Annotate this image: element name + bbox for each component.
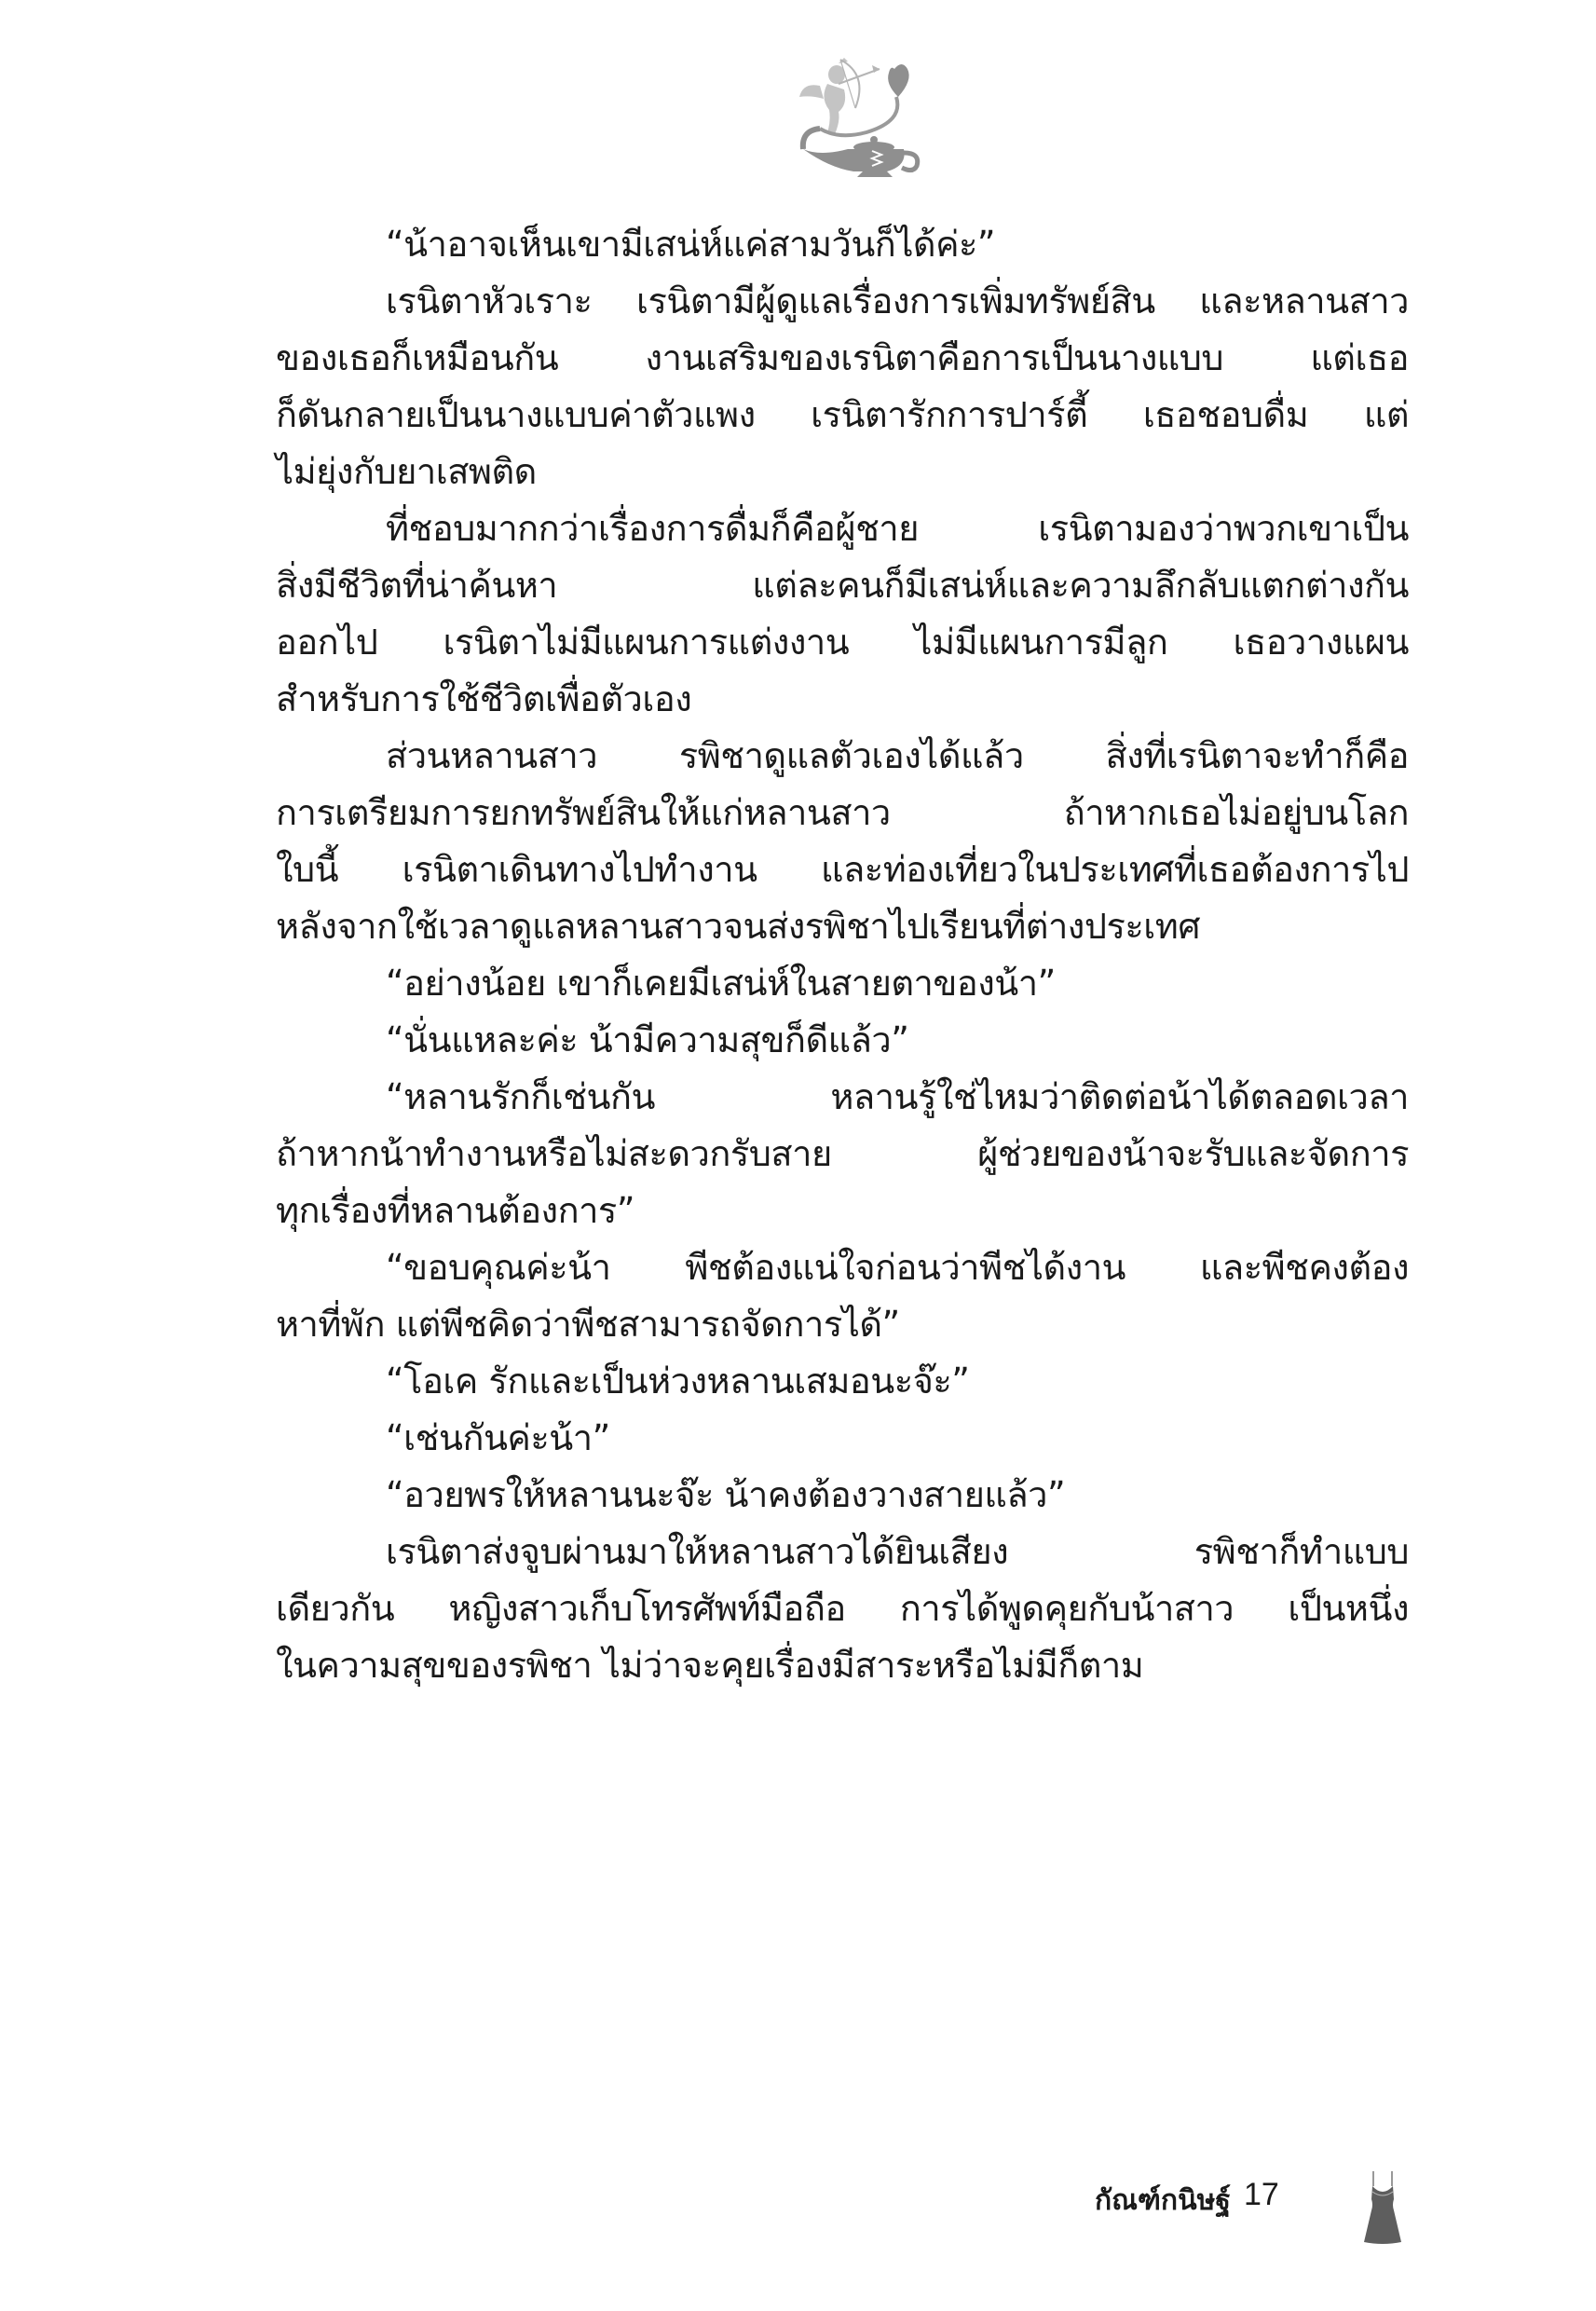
paragraph-line: ใบนี้ เรนิตาเดินทางไปทำงาน และท่องเที่ยว… bbox=[276, 841, 1409, 897]
paragraph-line: เรนิตาหัวเราะ เรนิตามีผู้ดูแลเรื่องการเพ… bbox=[276, 273, 1409, 329]
paragraph-line: ไม่ยุ่งกับยาเสพติด bbox=[276, 444, 1409, 499]
paragraph-line: การเตรียมการยกทรัพย์สินให้แก่หลานสาว ถ้า… bbox=[276, 785, 1409, 841]
page-footer: กัณฑ์กนิษฐ์ 17 bbox=[0, 2171, 1596, 2246]
paragraph-line: เดียวกัน หญิงสาวเก็บโทรศัพท์มือถือ การได… bbox=[276, 1580, 1409, 1636]
paragraph-line: “อวยพรให้หลานนะจ๊ะ น้าคงต้องวางสายแล้ว” bbox=[276, 1467, 1409, 1523]
paragraph-line: หาที่พัก แต่พีชคิดว่าพีชสามารถจัดการได้” bbox=[276, 1296, 1409, 1352]
paragraph-line: ทุกเรื่องที่หลานต้องการ” bbox=[276, 1183, 1409, 1238]
paragraph-line: “อย่างน้อย เขาก็เคยมีเสน่ห์ในสายตาของน้า… bbox=[276, 955, 1409, 1011]
book-page: “น้าอาจเห็นเขามีเสน่ห์แค่สามวันก็ได้ค่ะ”… bbox=[0, 0, 1596, 2311]
paragraph-line: สิ่งมีชีวิตที่น่าค้นหา แต่ละคนก็มีเสน่ห์… bbox=[276, 557, 1409, 613]
paragraph-line: “โอเค รักและเป็นห่วงหลานเสมอนะจ๊ะ” bbox=[276, 1353, 1409, 1409]
paragraph-line: “เช่นกันค่ะน้า” bbox=[276, 1410, 1409, 1466]
paragraph-line: “หลานรักก็เช่นกัน หลานรู้ใช่ไหมว่าติดต่อ… bbox=[276, 1069, 1409, 1125]
paragraph-line: ที่ชอบมากกว่าเรื่องการดื่มก็คือผู้ชาย เร… bbox=[276, 500, 1409, 556]
paragraph-line: ของเธอก็เหมือนกัน งานเสริมของเรนิตาคือกา… bbox=[276, 330, 1409, 386]
paragraph-line: หลังจากใช้เวลาดูแลหลานสาวจนส่งรพิชาไปเรี… bbox=[276, 898, 1409, 954]
page-number: 17 bbox=[1244, 2177, 1279, 2213]
paragraph-line: “ขอบคุณค่ะน้า พีชต้องแน่ใจก่อนว่าพีชได้ง… bbox=[276, 1239, 1409, 1295]
paragraph-line: “น้าอาจเห็นเขามีเสน่ห์แค่สามวันก็ได้ค่ะ” bbox=[276, 216, 1409, 272]
paragraph-line: ก็ดันกลายเป็นนางแบบค่าตัวแพง เรนิตารักกา… bbox=[276, 387, 1409, 443]
paragraph-line: ถ้าหากน้าทำงานหรือไม่สะดวกรับสาย ผู้ช่วย… bbox=[276, 1126, 1409, 1182]
paragraph-line: สำหรับการใช้ชีวิตเพื่อตัวเอง bbox=[276, 671, 1409, 727]
paragraph-line: เรนิตาส่งจูบผ่านมาให้หลานสาวได้ยินเสียง … bbox=[276, 1524, 1409, 1579]
cupid-lamp-ornament-icon bbox=[783, 56, 922, 177]
dress-icon bbox=[1362, 2171, 1403, 2246]
paragraph-line: “นั่นแหละค่ะ น้ามีความสุขก็ดีแล้ว” bbox=[276, 1012, 1409, 1068]
paragraph-line: ส่วนหลานสาว รพิชาดูแลตัวเองได้แล้ว สิ่งท… bbox=[276, 728, 1409, 784]
author-name: กัณฑ์กนิษฐ์ bbox=[1095, 2179, 1231, 2222]
paragraph-line: ออกไป เรนิตาไม่มีแผนการแต่งงาน ไม่มีแผนก… bbox=[276, 614, 1409, 670]
paragraph-line: ในความสุขของรพิชา ไม่ว่าจะคุยเรื่องมีสาร… bbox=[276, 1637, 1409, 1693]
